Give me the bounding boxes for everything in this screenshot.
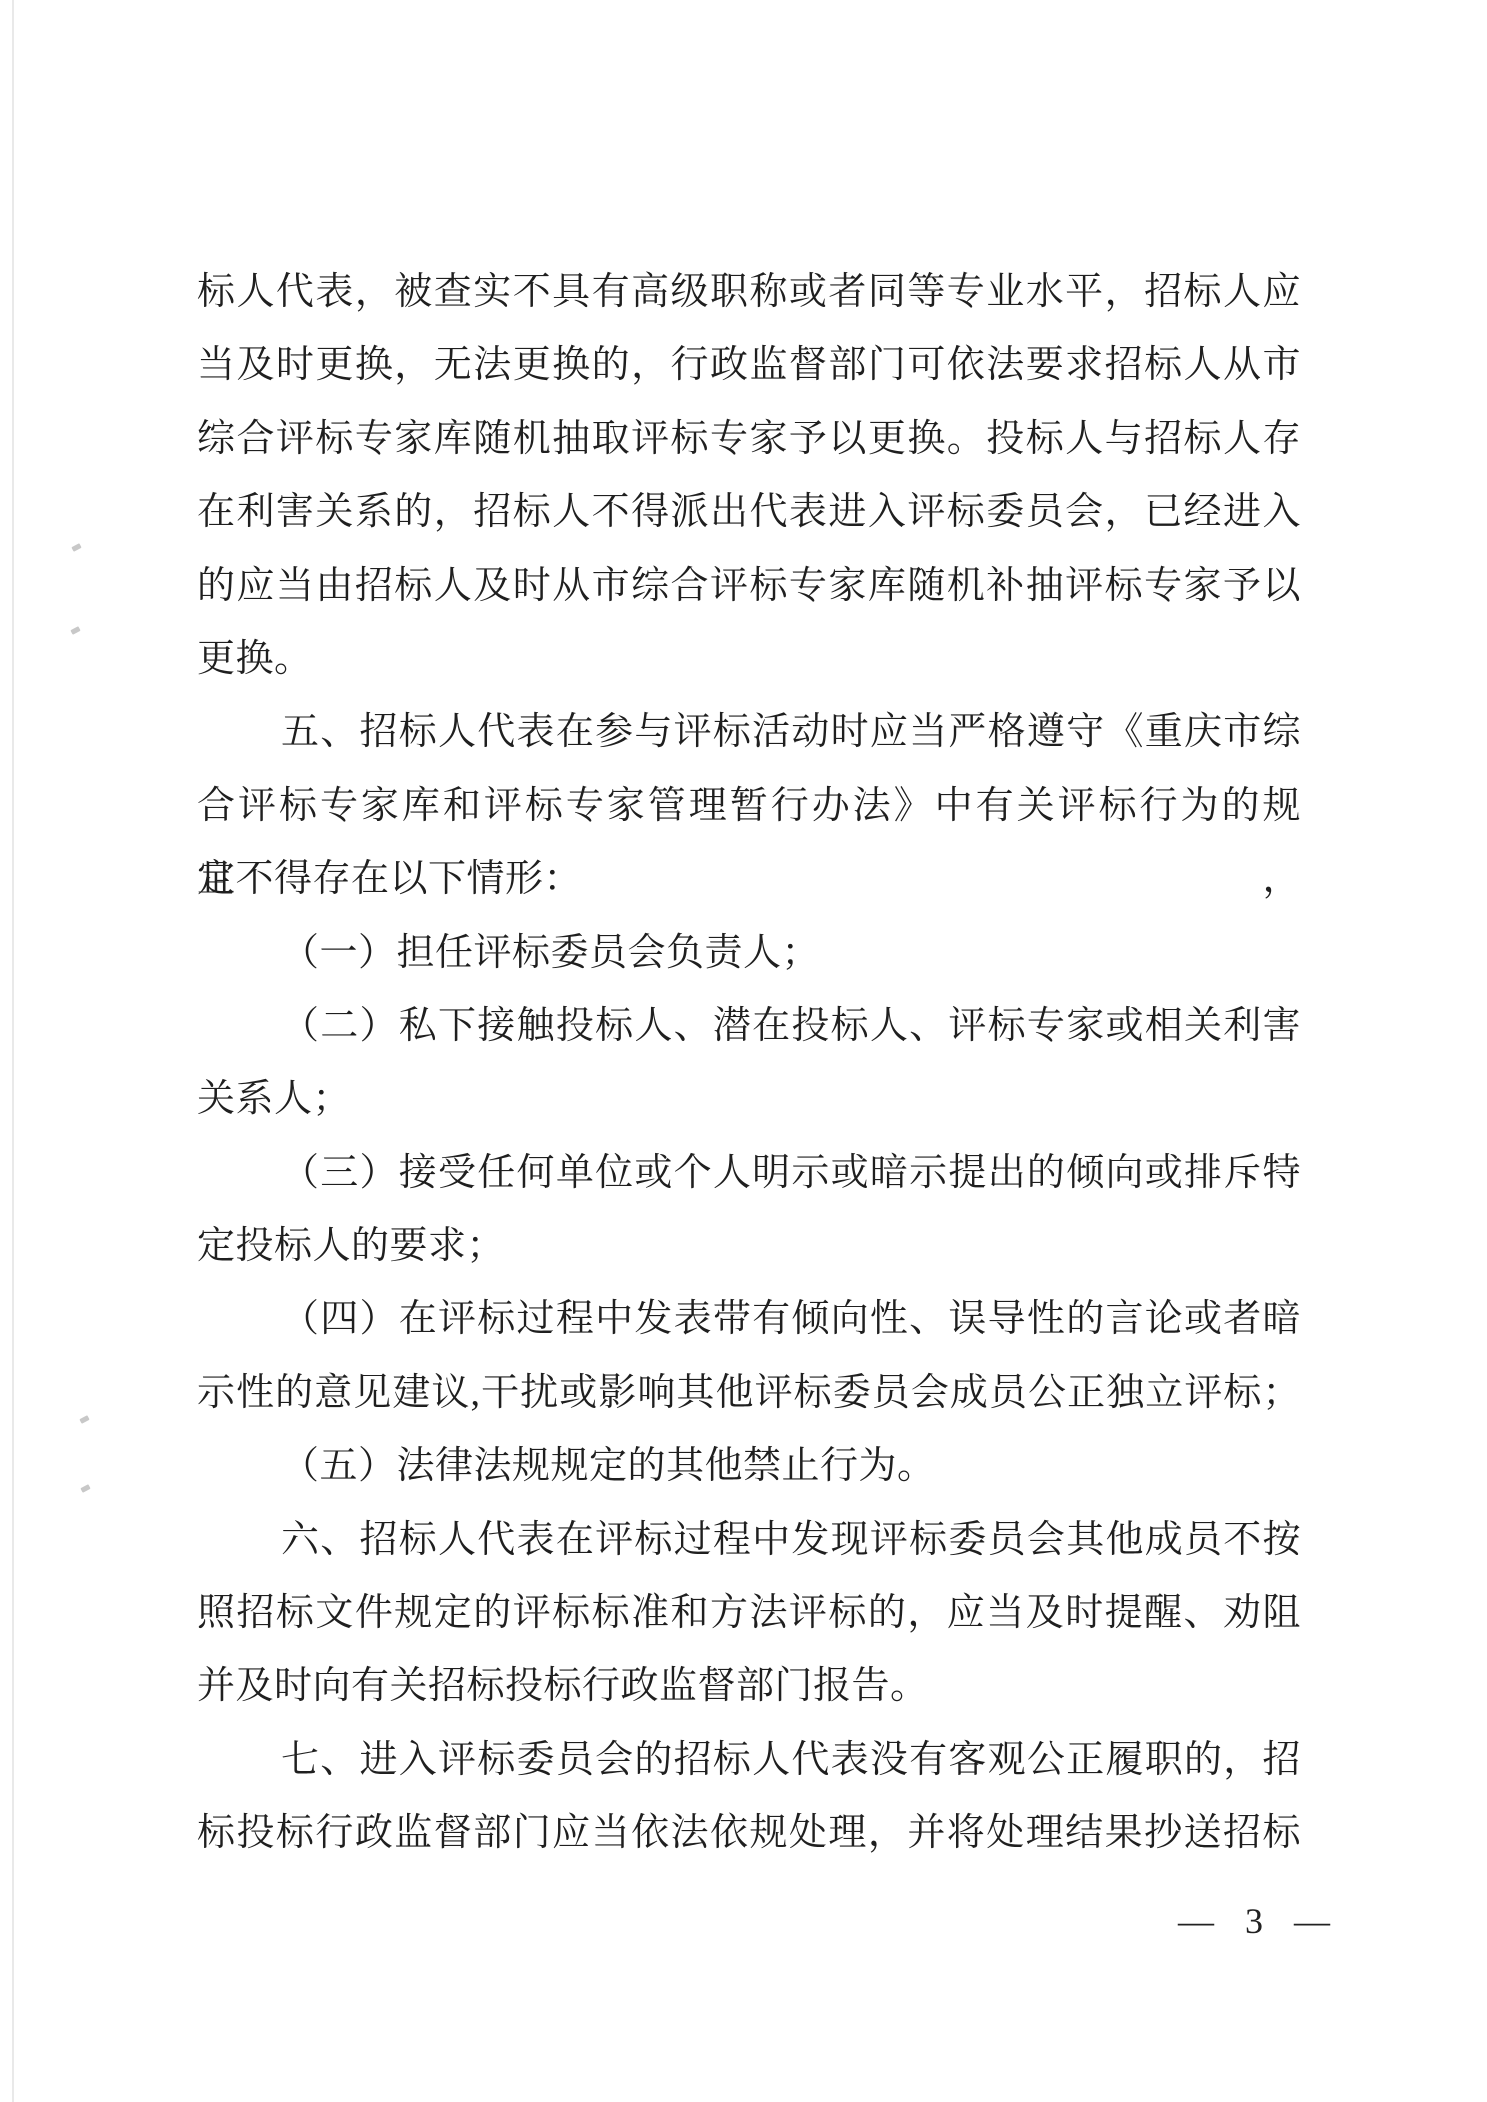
text-line: 六、招标人代表在评标过程中发现评标委员会其他成员不按 xyxy=(197,1504,1301,1577)
text-line: 综合评标专家库随机抽取评标专家予以更换。投标人与招标人存 xyxy=(197,403,1301,476)
text-line: （二）私下接触投标人、潜在投标人、评标专家或相关利害 xyxy=(197,990,1301,1063)
text-line: 并及时向有关招标投标行政监督部门报告。 xyxy=(197,1650,1301,1723)
text-line: （五）法律法规规定的其他禁止行为。 xyxy=(197,1430,1301,1503)
scan-speck xyxy=(79,1415,89,1424)
text-line: 七、进入评标委员会的招标人代表没有客观公正履职的，招 xyxy=(197,1724,1301,1797)
text-line: （一）担任评标委员会负责人； xyxy=(197,917,1301,990)
text-line: 在利害关系的，招标人不得派出代表进入评标委员会，已经进入 xyxy=(197,476,1301,549)
text-line: （四）在评标过程中发表带有倾向性、误导性的言论或者暗 xyxy=(197,1283,1301,1356)
scan-speck xyxy=(70,626,80,635)
text-line: 五、招标人代表在参与评标活动时应当严格遵守《重庆市综 xyxy=(197,696,1301,769)
text-line: 关系人； xyxy=(197,1063,1301,1136)
text-line: 标人代表，被查实不具有高级职称或者同等专业水平，招标人应 xyxy=(197,256,1301,329)
text-line: 合评标专家库和评标专家管理暂行办法》中有关评标行为的规定， xyxy=(197,770,1301,843)
document-page: 标人代表，被查实不具有高级职称或者同等专业水平，招标人应当及时更换，无法更换的，… xyxy=(0,0,1487,2102)
scan-edge-artifact xyxy=(12,0,14,2102)
text-line: 标投标行政监督部门应当依法依规处理，并将处理结果抄送招标 xyxy=(197,1797,1301,1870)
text-line: 照招标文件规定的评标标准和方法评标的，应当及时提醒、劝阻 xyxy=(197,1577,1301,1650)
text-line: 示性的意见建议,干扰或影响其他评标委员会成员公正独立评标； xyxy=(197,1357,1301,1430)
text-line: 定投标人的要求； xyxy=(197,1210,1301,1283)
scan-speck xyxy=(80,1484,90,1493)
body-text: 标人代表，被查实不具有高级职称或者同等专业水平，招标人应当及时更换，无法更换的，… xyxy=(197,256,1301,1871)
text-line: 更换。 xyxy=(197,623,1301,696)
scan-speck xyxy=(71,543,81,552)
page-number: — 3 — xyxy=(1178,1893,1335,1949)
text-line: 当及时更换，无法更换的，行政监督部门可依法要求招标人从市 xyxy=(197,329,1301,402)
text-line: （三）接受任何单位或个人明示或暗示提出的倾向或排斥特 xyxy=(197,1137,1301,1210)
text-line: 的应当由招标人及时从市综合评标专家库随机补抽评标专家予以 xyxy=(197,550,1301,623)
